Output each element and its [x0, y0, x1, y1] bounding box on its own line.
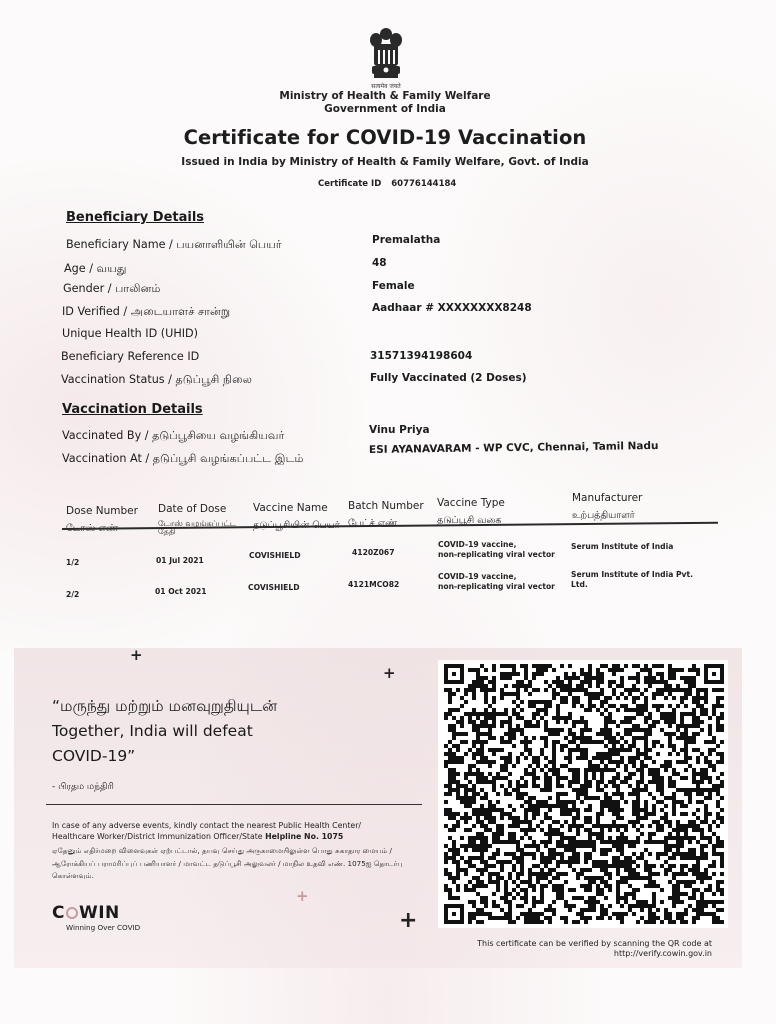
- dose1-vaccine: COVISHIELD: [249, 551, 301, 561]
- cowin-logo-ring-icon: [66, 907, 78, 919]
- dose1-type: COVID-19 vaccine,non-replicating viral v…: [438, 540, 555, 560]
- adverse-events-notice: In case of any adverse events, kindly co…: [52, 820, 422, 842]
- age-value: 48: [372, 257, 387, 269]
- registration-mark-icon: +: [399, 910, 417, 932]
- col-header-vaccine-type: Vaccine Typeதடுப்பூசி வகை: [437, 497, 505, 527]
- quote-tamil: “மருந்து மற்றும் மனவுறுதியுடன்: [52, 694, 277, 719]
- reference-id-value: 31571394198604: [370, 350, 472, 362]
- qr-code-icon: [444, 664, 724, 924]
- dose1-number: 1/2: [66, 558, 79, 568]
- verification-note: This certificate can be verified by scan…: [440, 939, 712, 959]
- vaccination-at-value: ESI AYANAVARAM - WP CVC, Chennai, Tamil …: [369, 440, 659, 456]
- issued-by: Issued in India by Ministry of Health & …: [150, 156, 620, 168]
- vaccination-status-value: Fully Vaccinated (2 Doses): [370, 372, 527, 384]
- verify-url[interactable]: http://verify.cowin.gov.in: [440, 949, 712, 959]
- vaccination-status-label: Vaccination Status / தடுப்பூசி நிலை: [61, 373, 252, 388]
- certificate-page: सत्यमेव जयते Ministry of Health & Family…: [0, 0, 776, 1024]
- reference-id-label: Beneficiary Reference ID: [61, 350, 199, 363]
- quote-english-1: Together, India will defeat: [52, 719, 277, 744]
- registration-mark-icon: +: [130, 648, 143, 663]
- government-name: Government of India: [250, 103, 520, 116]
- beneficiary-name-value: Premalatha: [372, 234, 440, 246]
- emblem-caption: सत्यमेव जयते: [362, 82, 410, 90]
- age-label: Age / வயது: [64, 262, 127, 277]
- beneficiary-section-title: Beneficiary Details: [66, 210, 204, 225]
- dose2-vaccine: COVISHIELD: [248, 583, 300, 593]
- adverse-events-notice-tamil: ஏதேனும் எதிர்மறை விளைவுகள் ஏற்பட்டால், த…: [52, 845, 422, 883]
- certificate-id: Certificate ID60776144184: [318, 179, 456, 189]
- certificate-id-label: Certificate ID: [318, 179, 381, 189]
- gender-value: Female: [372, 280, 415, 292]
- col-header-date: Date of Doseடோஸ் வழங்கப்பட்ட தேதி: [158, 503, 254, 536]
- issuing-authority: Ministry of Health & Family Welfare Gove…: [250, 90, 520, 116]
- dose2-batch: 4121MCO82: [348, 580, 399, 590]
- dose2-number: 2/2: [66, 590, 79, 600]
- ministry-name: Ministry of Health & Family Welfare: [250, 90, 520, 103]
- id-verified-value: Aadhaar # XXXXXXXX8248: [372, 302, 532, 314]
- footer-divider: [46, 804, 422, 805]
- quote-english-2: COVID-19”: [52, 744, 277, 769]
- dose2-type: COVID-19 vaccine,non-replicating viral v…: [438, 572, 555, 592]
- cowin-tagline: Winning Over COVID: [66, 923, 140, 932]
- gender-label: Gender / பாலினம்: [63, 282, 161, 297]
- id-verified-label: ID Verified / அடையாளச் சான்று: [62, 305, 230, 320]
- dose2-manufacturer: Serum Institute of India Pvt.Ltd.: [571, 570, 693, 590]
- certificate-id-value: 60776144184: [391, 179, 456, 189]
- vaccinated-by-label: Vaccinated By / தடுப்பூசியை வழங்கியவர்: [62, 429, 284, 444]
- national-emblem-icon: [364, 24, 408, 88]
- col-header-manufacturer: Manufacturerஉற்பத்தியாளர்: [572, 492, 642, 522]
- col-header-dose-number: Dose Numberடோஸ் எண்: [66, 505, 138, 535]
- helpline-number: Helpline No. 1075: [265, 832, 343, 841]
- quote-author: - பிரதம மந்திரி: [52, 782, 114, 793]
- beneficiary-name-label: Beneficiary Name / பயனாளியின் பெயர்: [66, 238, 282, 253]
- dose2-date: 01 Oct 2021: [155, 587, 207, 597]
- uhid-label: Unique Health ID (UHID): [62, 327, 198, 340]
- vaccination-section-title: Vaccination Details: [62, 402, 203, 417]
- vaccination-at-label: Vaccination At / தடுப்பூசி வழங்கப்பட்ட இ…: [62, 452, 304, 467]
- registration-mark-icon: +: [296, 889, 309, 904]
- dose1-manufacturer: Serum Institute of India: [571, 542, 673, 552]
- page-title: Certificate for COVID-19 Vaccination: [150, 126, 620, 149]
- cowin-logo: CWIN: [52, 903, 120, 923]
- dose1-date: 01 Jul 2021: [156, 556, 204, 566]
- dose1-batch: 4120Z067: [352, 548, 395, 558]
- registration-mark-icon: +: [383, 666, 396, 681]
- pm-quote: “மருந்து மற்றும் மனவுறுதியுடன் Together,…: [52, 694, 277, 769]
- vaccinated-by-value: Vinu Priya: [369, 424, 430, 436]
